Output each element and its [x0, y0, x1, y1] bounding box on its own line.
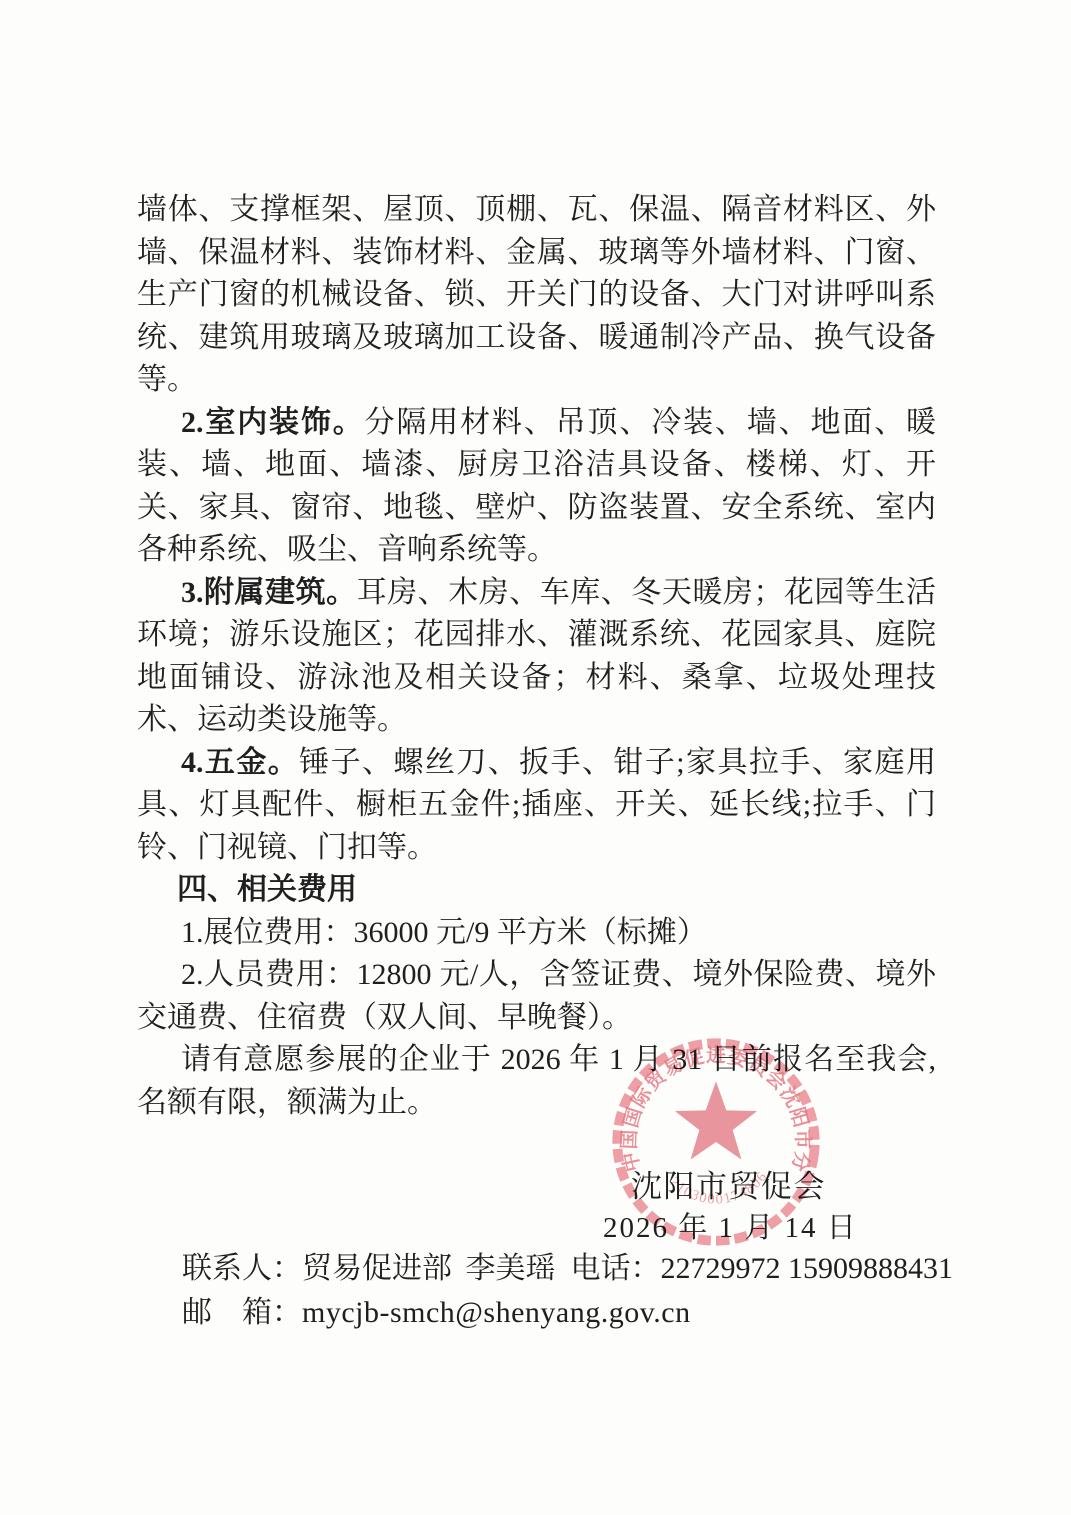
- section-heading-fees: 四、相关费用: [137, 869, 936, 912]
- closing-paragraph: 请有意愿参展的企业于 2026 年 1 月 31 日前报名至我会,名额有限，额满…: [137, 1039, 936, 1124]
- contact-department: 贸易促进部: [302, 1252, 452, 1285]
- fee-item-booth: 1.展位费用：36000 元/9 平方米（标摊）: [137, 912, 936, 955]
- contact-line-phone: 联系人：贸易促进部李美瑶电话：22729972 15909888431: [182, 1247, 940, 1291]
- contact-person-label: 联系人：: [182, 1252, 302, 1285]
- paragraph-interior-decoration: 2.室内装饰。分隔用材料、吊顶、冷装、墙、地面、暖装、墙、地面、墙漆、厨房卫浴洁…: [137, 402, 936, 572]
- contact-email-address: mycjb-smch@shenyang.gov.cn: [302, 1296, 691, 1329]
- document-body: 墙体、支撑框架、屋顶、顶棚、瓦、保温、隔音材料区、外墙、保温材料、装饰材料、金属…: [137, 189, 936, 1124]
- document-page: 墙体、支撑框架、屋顶、顶棚、瓦、保温、隔音材料区、外墙、保温材料、装饰材料、金属…: [0, 0, 1071, 1515]
- contact-line-email: 邮 箱：mycjb-smch@shenyang.gov.cn: [182, 1291, 940, 1335]
- paragraph-label: 3.附属建筑。: [181, 576, 357, 609]
- signature-date: 2026 年 1 月 14 日: [603, 1205, 858, 1246]
- contact-phone-label: 电话：: [571, 1252, 661, 1285]
- contact-name: 李美瑶: [466, 1252, 556, 1285]
- paragraph-label: 4.五金。: [181, 746, 299, 779]
- paragraph-label: 2.室内装饰。: [181, 406, 365, 439]
- paragraph-exterior-continuation: 墙体、支撑框架、屋顶、顶棚、瓦、保温、隔音材料区、外墙、保温材料、装饰材料、金属…: [137, 189, 936, 402]
- paragraph-auxiliary-buildings: 3.附属建筑。耳房、木房、车库、冬天暖房；花园等生活环境；游乐设施区；花园排水、…: [137, 572, 936, 742]
- fee-item-personnel: 2.人员费用：12800 元/人，含签证费、境外保险费、境外交通费、住宿费（双人…: [137, 954, 936, 1039]
- contact-email-label: 邮 箱：: [182, 1296, 302, 1329]
- paragraph-text: 墙体、支撑框架、屋顶、顶棚、瓦、保温、隔音材料区、外墙、保温材料、装饰材料、金属…: [137, 193, 936, 396]
- signature-org: 沈阳市贸促会: [631, 1161, 826, 1206]
- paragraph-hardware: 4.五金。锤子、螺丝刀、扳手、钳子;家具拉手、家庭用具、灯具配件、橱柜五金件;插…: [137, 742, 936, 870]
- contact-phone-numbers: 22729972 15909888431: [661, 1252, 954, 1285]
- contact-block: 联系人：贸易促进部李美瑶电话：22729972 15909888431 邮 箱：…: [182, 1247, 940, 1334]
